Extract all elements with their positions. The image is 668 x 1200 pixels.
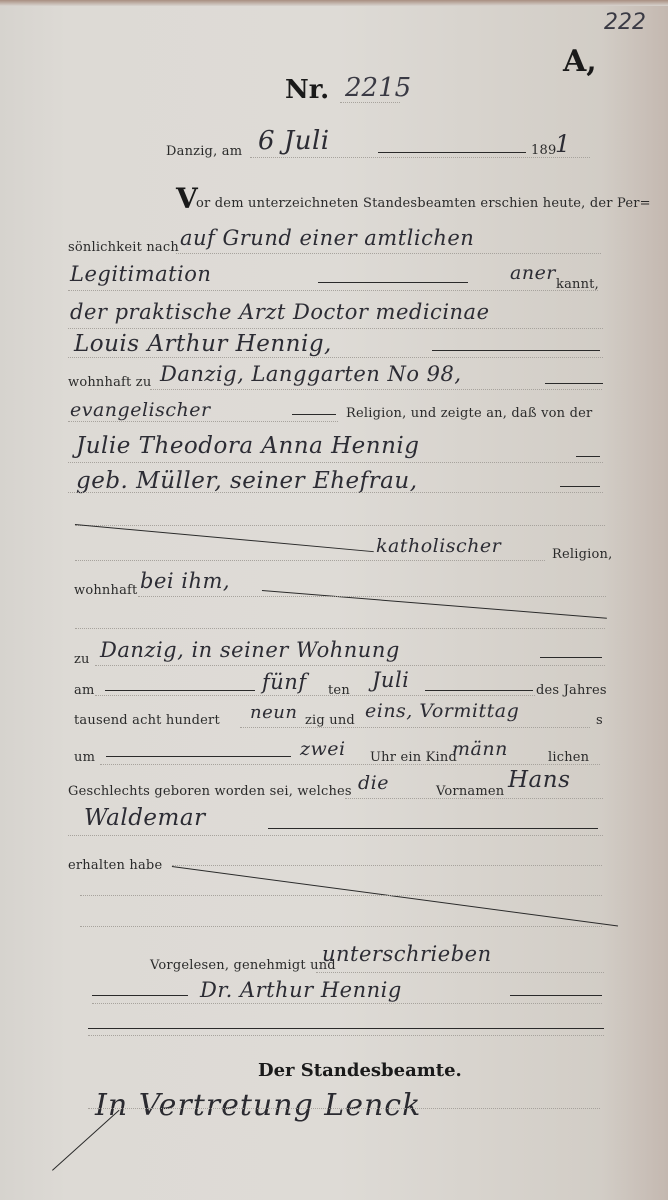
birth-year-units: eins, Vormittag [365,700,519,722]
informant-signature: Dr. Arthur Hennig [200,978,402,1002]
place-label: Danzig, am [166,144,242,159]
dotted-rule [150,389,602,390]
year-printed: 189 [531,143,556,158]
dotted-rule [68,835,603,836]
dotted-rule [88,1108,600,1109]
mother-maiden-name: geb. Müller, seiner Ehefrau, [76,468,418,494]
fill-line [105,690,255,691]
fill-line [432,350,600,351]
signature-flourish [52,1110,120,1171]
fill-line [576,456,600,457]
birth-hour: zwei [300,738,346,760]
fill-line [545,383,603,384]
fill-line [292,414,336,415]
date-handwritten: 6 Juli [258,126,330,156]
child-sex: männ [452,738,508,760]
label-wohnhaft: wohnhaft [74,583,137,598]
dotted-rule [80,926,602,927]
official-title: Der Standesbeamte. [258,1060,462,1081]
label-religion: Religion, [552,547,612,562]
dotted-rule [75,525,605,526]
fill-line [88,1028,604,1029]
identification-basis: auf Grund einer amtlichen [180,226,474,250]
birth-day: fünf [262,670,307,694]
record-number-label: Nr. [285,75,329,105]
strike-line [75,524,374,552]
label-uhr-ein-kind: Uhr ein Kind [370,750,457,765]
year-handwritten: 1 [555,130,571,158]
record-number-value: 2215 [345,73,411,103]
strike-line [172,866,618,927]
dotted-rule [68,421,338,422]
birth-month: Juli [372,668,409,692]
dotted-rule [316,972,604,973]
aner-prefix: aner [510,262,556,284]
label-religion-zeigte: Religion, und zeigte an, daß von der [346,406,592,421]
informant-residence: Danzig, Langgarten No 98, [160,362,462,386]
fill-line [106,756,291,757]
label-s: s [596,713,603,728]
dotted-rule [345,798,603,799]
fill-line [268,828,598,829]
dotted-rule [68,357,603,358]
mother-name: Julie Theodora Anna Hennig [76,433,420,459]
dotted-rule [75,628,605,629]
identification-basis-cont: Legitimation [70,262,211,286]
label-zig-und: zig und [305,713,355,728]
read-approved-signed: unterschrieben [322,942,492,966]
dotted-rule [176,253,601,254]
label-am: am [74,683,94,698]
dotted-rule [88,1035,604,1036]
official-signature: In Vertretung Lenck [95,1088,421,1123]
informant-name: Louis Arthur Hennig, [74,331,332,357]
dotted-rule [75,560,545,561]
fill-line [510,995,602,996]
fill-line [92,995,188,996]
dotted-rule [240,727,590,728]
informant-occupation: der praktische Arzt Doctor medicinae [70,300,490,324]
dotted-rule [68,492,603,493]
dotted-rule [80,895,602,896]
dotted-rule [92,1003,602,1004]
page-edge [0,0,668,6]
birth-place: Danzig, in seiner Wohnung [100,638,400,662]
label-wohnhaft-zu: wohnhaft zu [68,375,151,390]
drop-cap: V [176,182,198,215]
dotted-rule [250,157,590,158]
dotted-rule [68,290,598,291]
dotted-rule [172,865,602,866]
label-vorgelesen: Vorgelesen, genehmigt und [150,958,336,973]
form-letter: A, [563,44,597,79]
dotted-rule [68,328,603,329]
fill-line [378,152,526,153]
label-geschlechts: Geschlechts geboren worden sei, welches [68,784,352,799]
birth-year-tens: neun [250,702,297,723]
label-um: um [74,750,95,765]
label-des-jahres: des Jahres [536,683,607,698]
dotted-rule [95,695,535,696]
fill-line [540,657,602,658]
child-second-name: Waldemar [84,805,206,831]
informant-religion: evangelischer [70,399,211,421]
label-vornamen: Vornamen [436,784,504,799]
article-die: die [358,772,389,794]
child-first-name: Hans [508,767,570,793]
label-tausend: tausend acht hundert [74,713,220,728]
dotted-rule [100,764,600,765]
fill-line [318,282,468,283]
fill-line [560,486,600,487]
page-number: 222 [604,10,646,35]
mother-religion: katholischer [376,535,501,557]
mother-residence: bei ihm, [140,569,230,593]
dotted-rule [68,462,603,463]
fill-line [425,690,533,691]
label-zu: zu [74,652,90,667]
dotted-rule [138,596,606,597]
intro-text: or dem unterzeichneten Standesbeamten er… [196,196,651,211]
label-persoenlichkeit: sönlichkeit nach [68,240,179,255]
label-lichen: lichen [548,750,589,765]
strike-line [262,590,607,619]
label-erhalten-habe: erhalten habe [68,858,162,873]
dotted-rule [95,665,605,666]
dotted-rule [340,102,400,103]
